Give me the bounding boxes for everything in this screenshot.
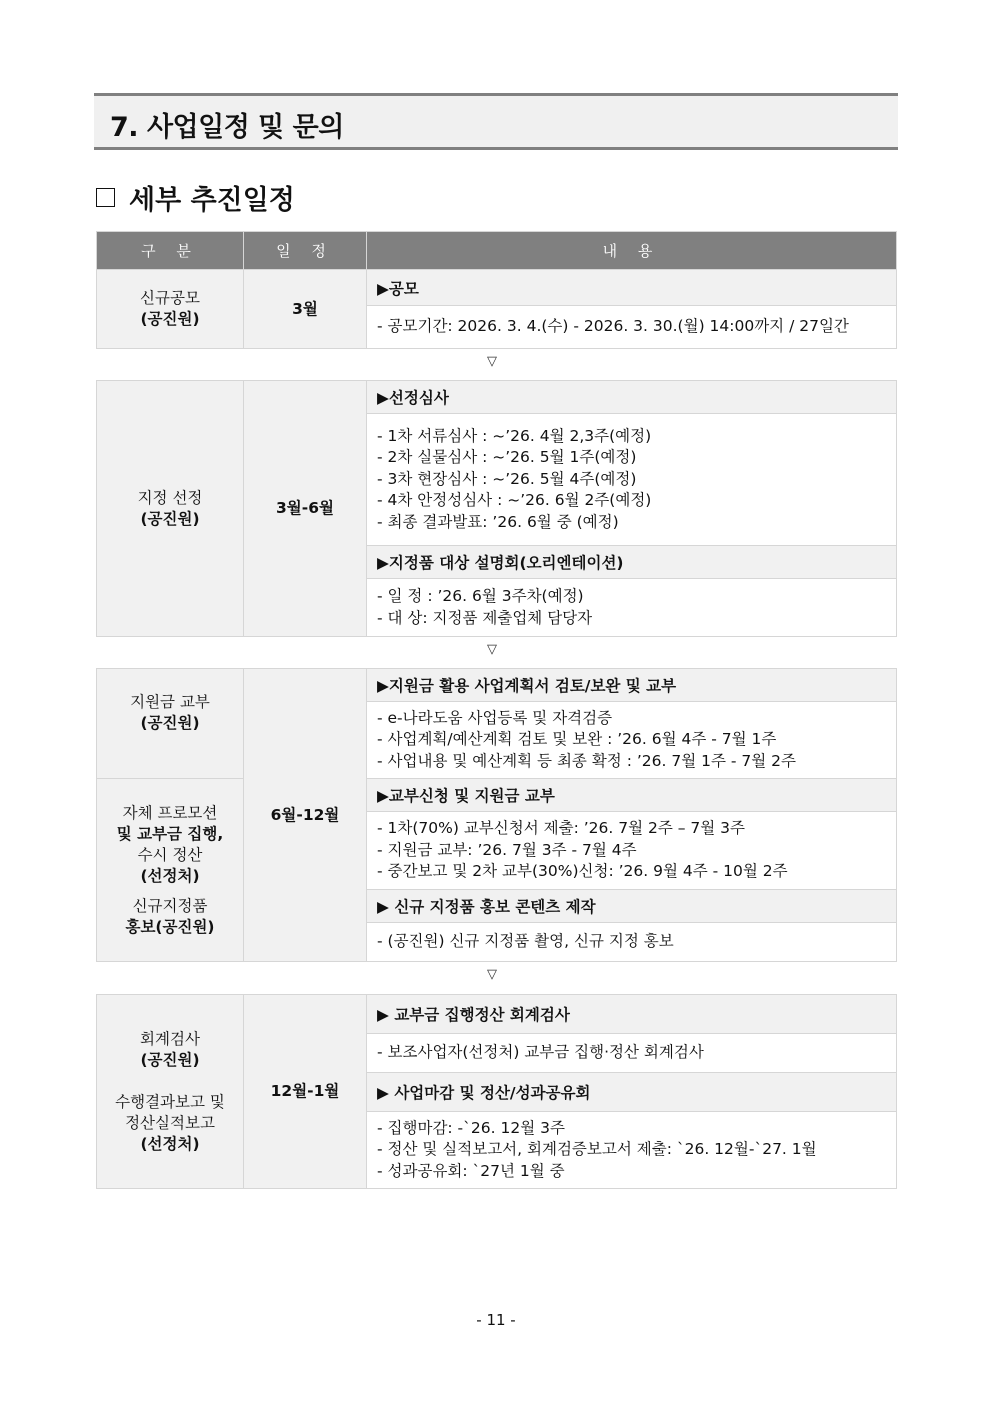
category-cell: 신규공모 (공진원) xyxy=(97,270,244,349)
item-heading: ▶ 교부금 집행정산 회계검사 xyxy=(367,995,897,1034)
item-line: - 중간보고 및 2차 교부(30%)신청: ’26. 9월 4주 - 10월 … xyxy=(377,861,896,883)
checkbox-square-icon xyxy=(96,188,115,207)
item-body: - 1차(70%) 교부신청서 제출: ’26. 7월 2주 – 7월 3주 -… xyxy=(367,812,897,890)
item-body: - 일 정 : ’26. 6월 3주차(예정) - 대 상: 지정품 제출업체 … xyxy=(367,579,897,637)
schedule-table-block-4: 회계검사 (공진원) 수행결과보고 및 정산실적보고 (선정처) 12월-1월 … xyxy=(96,994,897,1189)
schedule-table-block-2: 지정 선정 (공진원) 3월-6월 ▶선정심사 - 1차 서류심사 : ~’26… xyxy=(96,380,897,637)
category-line: 신규지정품 xyxy=(97,896,243,917)
item-heading: ▶교부신청 및 지원금 교부 xyxy=(367,779,897,812)
category-line: 신규공모 xyxy=(97,288,243,309)
section-title: 7. 사업일정 및 문의 xyxy=(110,105,344,144)
item-heading: ▶지정품 대상 설명회(오리엔테이션) xyxy=(367,546,897,579)
category-cell: 지원금 교부 (공진원) xyxy=(97,669,244,779)
item-heading: ▶ 사업마감 및 정산/성과공유회 xyxy=(367,1073,897,1112)
item-line: - e-나라도움 사업등록 및 자격검증 xyxy=(377,708,896,730)
item-line: - 1차(70%) 교부신청서 제출: ’26. 7월 2주 – 7월 3주 xyxy=(377,818,896,840)
period-cell: 6월-12월 xyxy=(244,669,367,962)
category-line: (선정처) xyxy=(97,866,243,887)
column-header-content: 내 용 xyxy=(367,232,897,270)
schedule-table-block-1: 구 분 일 정 내 용 신규공모 (공진원) 3월 ▶공모 - 공모기간: 20… xyxy=(96,231,897,349)
category-cell: 회계검사 (공진원) 수행결과보고 및 정산실적보고 (선정처) xyxy=(97,995,244,1189)
category-line: (공진원) xyxy=(97,713,243,734)
section-header: 7. 사업일정 및 문의 xyxy=(94,93,898,150)
category-line: 자체 프로모션 xyxy=(97,803,243,824)
sub-heading: 세부 추진일정 xyxy=(96,178,295,217)
category-line: (공진원) xyxy=(97,509,243,530)
schedule-table-block-3: 지원금 교부 (공진원) 6월-12월 ▶지원금 활용 사업계획서 검토/보완 … xyxy=(96,668,897,962)
item-body: - 집행마감: -`26. 12월 3주 - 정산 및 실적보고서, 회계검증보… xyxy=(367,1112,897,1189)
item-body: - 1차 서류심사 : ~’26. 4월 2,3주(예정) - 2차 실물심사 … xyxy=(367,414,897,546)
column-header-category: 구 분 xyxy=(97,232,244,270)
item-line: - 지원금 교부: ’26. 7월 3주 - 7월 4주 xyxy=(377,840,896,862)
item-line: - 성과공유회: `27년 1월 중 xyxy=(377,1161,896,1183)
item-line: - 사업계획/예산계획 검토 및 보완 : ’26. 6월 4주 - 7월 1주 xyxy=(377,729,896,751)
category-line: (선정처) xyxy=(97,1134,243,1155)
sub-heading-title: 세부 추진일정 xyxy=(129,178,295,217)
category-line: 지정 선정 xyxy=(97,488,243,509)
item-line: - 보조사업자(선정처) 교부금 집행·정산 회계검사 xyxy=(377,1042,896,1064)
item-line: - 정산 및 실적보고서, 회계검증보고서 제출: `26. 12월-`27. … xyxy=(377,1139,896,1161)
category-cell: 자체 프로모션 및 교부금 집행, 수시 정산 (선정처) 신규지정품 홍보(공… xyxy=(97,779,244,962)
item-heading: ▶ 신규 지정품 홍보 콘텐츠 제작 xyxy=(367,890,897,923)
item-line: - 공모기간: 2026. 3. 4.(수) - 2026. 3. 30.(월)… xyxy=(377,316,896,338)
item-body: - 공모기간: 2026. 3. 4.(수) - 2026. 3. 30.(월)… xyxy=(367,306,897,349)
item-body: - 보조사업자(선정처) 교부금 집행·정산 회계검사 xyxy=(367,1034,897,1073)
page-number: - 11 - xyxy=(0,1311,992,1329)
period-cell: 3월 xyxy=(244,270,367,349)
down-arrow-icon: ▽ xyxy=(487,354,497,369)
category-line: (공진원) xyxy=(97,309,243,330)
period-cell: 12월-1월 xyxy=(244,995,367,1189)
item-line: - 대 상: 지정품 제출업체 담당자 xyxy=(377,608,896,630)
category-line: 정산실적보고 xyxy=(97,1113,243,1134)
item-body: - e-나라도움 사업등록 및 자격검증 - 사업계획/예산계획 검토 및 보완… xyxy=(367,702,897,779)
item-line: - 2차 실물심사 : ~’26. 5월 1주(예정) xyxy=(377,447,896,469)
item-line: - (공진원) 신규 지정품 촬영, 신규 지정 홍보 xyxy=(377,931,896,953)
item-line: - 일 정 : ’26. 6월 3주차(예정) xyxy=(377,586,896,608)
category-line: 수행결과보고 및 xyxy=(97,1092,243,1113)
item-heading: ▶선정심사 xyxy=(367,381,897,414)
item-heading: ▶공모 xyxy=(367,270,897,306)
item-heading: ▶지원금 활용 사업계획서 검토/보완 및 교부 xyxy=(367,669,897,702)
category-cell: 지정 선정 (공진원) xyxy=(97,381,244,637)
item-line: - 4차 안정성심사 : ~’26. 6월 2주(예정) xyxy=(377,490,896,512)
period-cell: 3월-6월 xyxy=(244,381,367,637)
item-line: - 집행마감: -`26. 12월 3주 xyxy=(377,1118,896,1140)
category-line: (공진원) xyxy=(97,1050,243,1071)
down-arrow-icon: ▽ xyxy=(487,967,497,982)
column-header-period: 일 정 xyxy=(244,232,367,270)
category-line: 홍보(공진원) xyxy=(97,917,243,938)
item-line: - 1차 서류심사 : ~’26. 4월 2,3주(예정) xyxy=(377,426,896,448)
category-line: 및 교부금 집행, xyxy=(97,824,243,845)
item-line: - 3차 현장심사 : ~’26. 5월 4주(예정) xyxy=(377,469,896,491)
category-line: 회계검사 xyxy=(97,1029,243,1050)
item-body: - (공진원) 신규 지정품 촬영, 신규 지정 홍보 xyxy=(367,923,897,962)
item-line: - 사업내용 및 예산계획 등 최종 확정 : ’26. 7월 1주 - 7월 … xyxy=(377,751,896,773)
down-arrow-icon: ▽ xyxy=(487,642,497,657)
category-line: 지원금 교부 xyxy=(97,692,243,713)
category-line: 수시 정산 xyxy=(97,845,243,866)
item-line: - 최종 결과발표: ’26. 6월 중 (예정) xyxy=(377,512,896,534)
